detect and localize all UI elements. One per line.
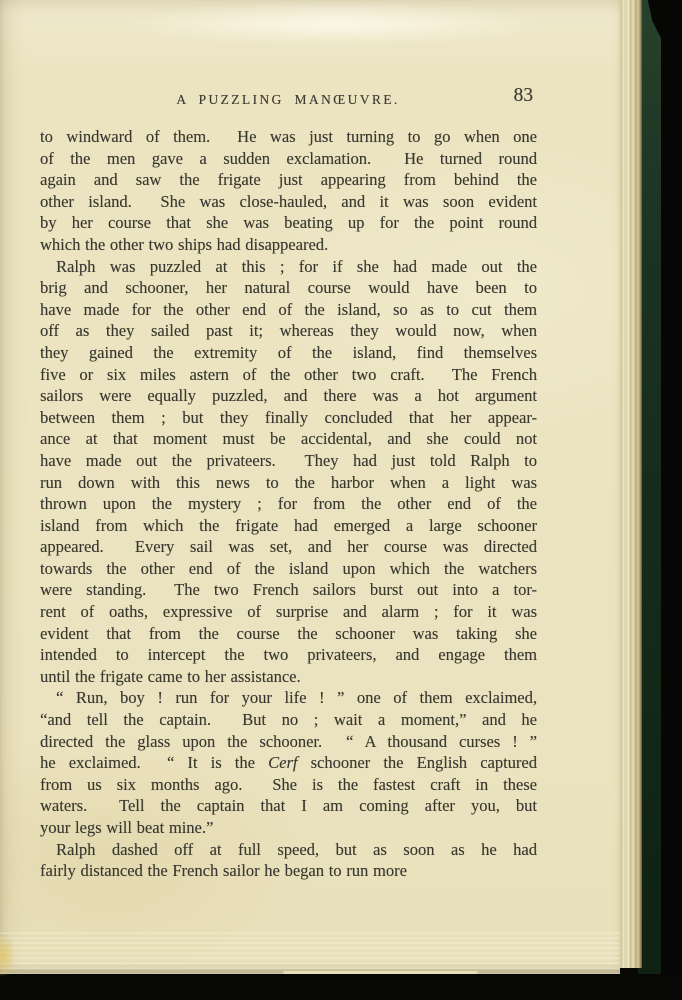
text-segment: schooner the English captured bbox=[297, 753, 537, 772]
text-line: sailors were equally puzzled, and there … bbox=[40, 385, 537, 407]
text-line: Ralph was puzzled at this ; for if she h… bbox=[40, 256, 537, 278]
scan-light-leak bbox=[0, 934, 15, 976]
text-line: island from which the frigate had emerge… bbox=[40, 515, 537, 537]
text-line: he exclaimed. “ It is the Cerf schooner … bbox=[40, 752, 537, 774]
text-line: between them ; but they finally conclude… bbox=[40, 407, 537, 429]
text-line: your legs will beat mine.” bbox=[40, 817, 537, 839]
text-line: from us six months ago. She is the faste… bbox=[40, 774, 537, 796]
book-page: A PUZZLING MANŒUVRE. 83 to windward of t… bbox=[0, 0, 620, 974]
text-line: off as they sailed past it; whereas they… bbox=[40, 320, 537, 342]
text-line: were standing. The two French sailors bu… bbox=[40, 579, 537, 601]
ship-name-italic: Cerf bbox=[268, 753, 297, 772]
text-line: “ Run, boy ! run for your life ! ” one o… bbox=[40, 687, 537, 709]
text-line: of the men gave a sudden exclamation. He… bbox=[40, 148, 537, 170]
text-line: five or six miles astern of the other tw… bbox=[40, 364, 537, 386]
text-line: have made for the other end of the islan… bbox=[40, 299, 537, 321]
text-line: Ralph dashed off at full speed, but as s… bbox=[40, 839, 537, 861]
text-line: by her course that she was beating up fo… bbox=[40, 212, 537, 234]
text-segment: he exclaimed. “ It is the bbox=[40, 753, 268, 772]
text-line: towards the other end of the island upon… bbox=[40, 558, 537, 580]
text-line: evident that from the course the schoone… bbox=[40, 623, 537, 645]
page-number: 83 bbox=[514, 85, 534, 107]
running-head: A PUZZLING MANŒUVRE. 83 bbox=[40, 88, 536, 114]
text-line: appeared. Every sail was set, and her co… bbox=[40, 536, 537, 558]
text-line: rent of oaths, expressive of surprise an… bbox=[40, 601, 537, 623]
text-line: again and saw the frigate just appearing… bbox=[40, 169, 537, 191]
scanned-book-page: A PUZZLING MANŒUVRE. 83 to windward of t… bbox=[0, 0, 682, 1000]
scanner-background-bottom bbox=[0, 974, 682, 1000]
text-line: run down with this news to the harbor wh… bbox=[40, 472, 537, 494]
text-line: intended to intercept the two privateers… bbox=[40, 644, 537, 666]
text-line: which the other two ships had disappeare… bbox=[40, 234, 537, 256]
text-line: have made out the privateers. They had j… bbox=[40, 450, 537, 472]
running-head-title: A PUZZLING MANŒUVRE. bbox=[40, 92, 536, 108]
page-bottom-edge-streaks bbox=[0, 932, 620, 974]
text-line: ance at that moment must be accidental, … bbox=[40, 428, 537, 450]
text-line: to windward of them. He was just turning… bbox=[40, 126, 537, 148]
text-line: brig and schooner, her natural course wo… bbox=[40, 277, 537, 299]
text-line: directed the glass upon the schooner. “ … bbox=[40, 731, 537, 753]
scanner-background bbox=[661, 0, 682, 1000]
scan-light-band bbox=[120, 2, 550, 46]
text-block: to windward of them. He was just turning… bbox=[40, 126, 537, 882]
text-line: thrown upon the mystery ; for from the o… bbox=[40, 493, 537, 515]
text-line: until the frigate came to her assistance… bbox=[40, 666, 537, 688]
text-line: fairly distanced the French sailor he be… bbox=[40, 860, 537, 882]
text-line: “and tell the captain. But no ; wait a m… bbox=[40, 709, 537, 731]
text-line: other island. She was close-hauled, and … bbox=[40, 191, 537, 213]
text-line: they gained the extremity of the island,… bbox=[40, 342, 537, 364]
text-line: waters. Tell the captain that I am comin… bbox=[40, 795, 537, 817]
